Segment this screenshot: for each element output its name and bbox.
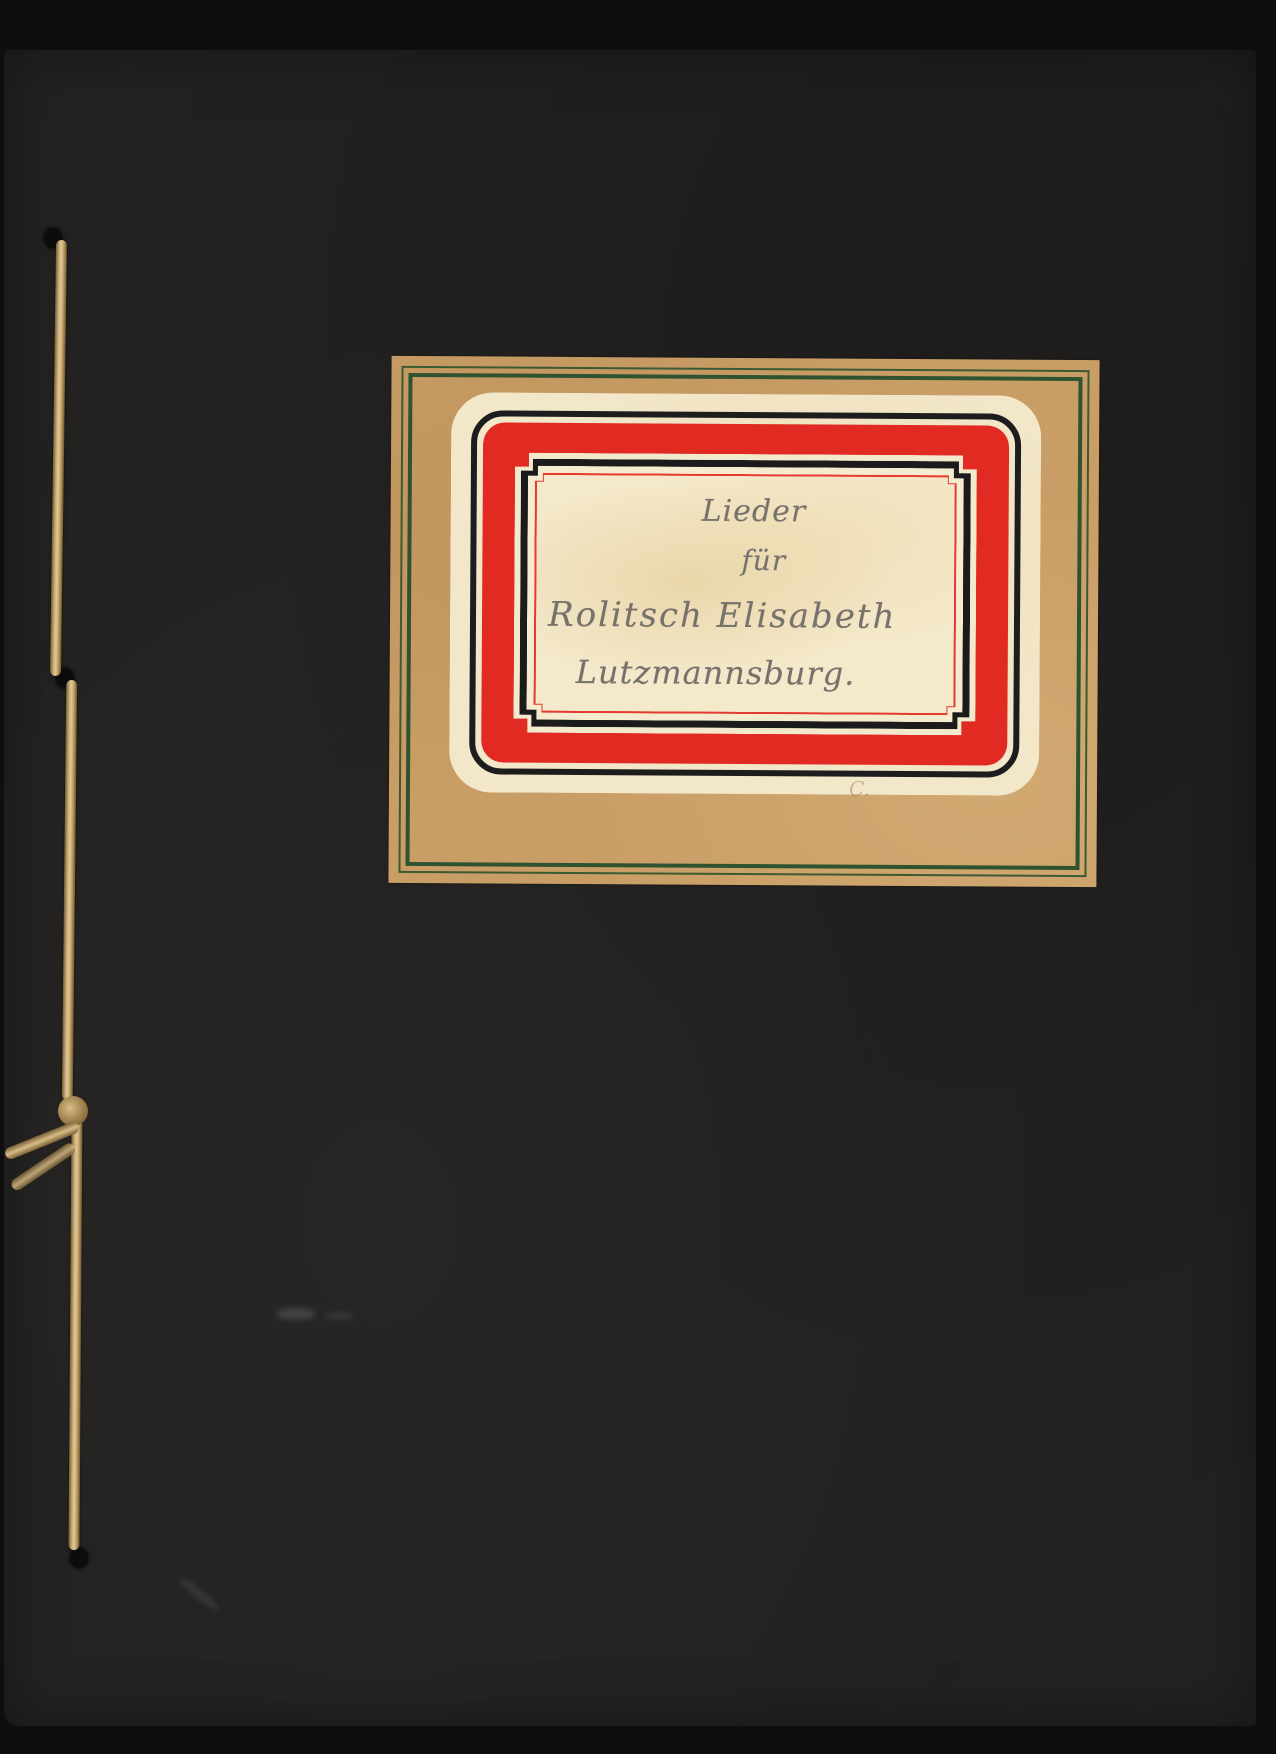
label-writing-area: Lieder für Rolitsch Elisabeth Lutzmannsb…: [535, 475, 954, 714]
binding-hole-bottom: [70, 1548, 88, 1568]
handwriting-place: Lutzmannsburg.: [576, 653, 856, 693]
scuff-mark: [276, 1308, 316, 1320]
handwriting-for: für: [741, 544, 786, 577]
handwriting-title: Lieder: [702, 494, 807, 530]
handwriting-owner-name: Rolitsch Elisabeth: [548, 595, 897, 637]
scuff-mark: [177, 1575, 220, 1613]
pencil-mark: C.: [849, 777, 870, 801]
cover-label: Lieder für Rolitsch Elisabeth Lutzmannsb…: [388, 356, 1099, 887]
label-sticker: Lieder für Rolitsch Elisabeth Lutzmannsb…: [449, 392, 1041, 796]
scuff-mark: [324, 1312, 354, 1320]
notebook-cover: [4, 50, 1256, 1726]
